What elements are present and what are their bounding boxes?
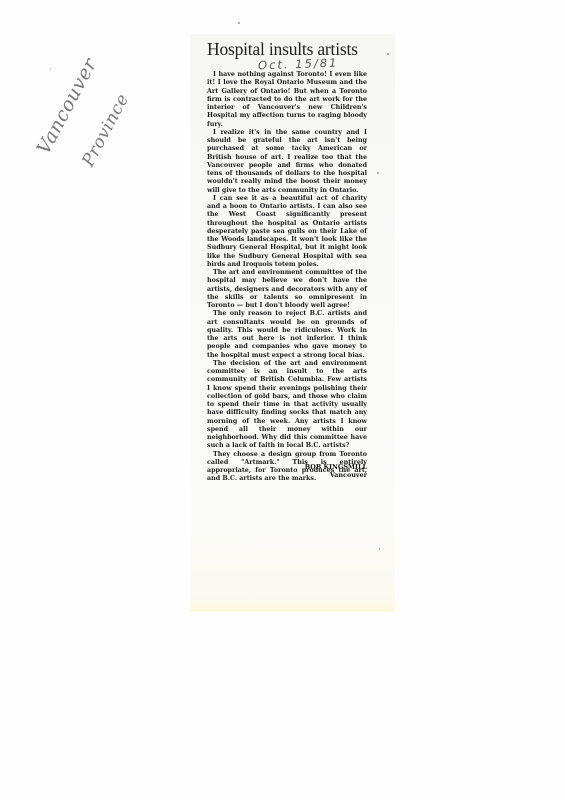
scan-speck [238,22,240,24]
headline: Hospital insults artists [207,39,382,59]
article-paragraph: The only reason to reject B.C. artists a… [207,310,367,360]
scan-speck [377,172,379,174]
scan-speck [50,68,51,70]
article-body: I have nothing against Toronto! I even l… [207,71,367,484]
handwritten-note-line-2: Province [78,91,133,170]
article-paragraph: The decision of the art and environment … [207,360,367,451]
article-paragraph: I have nothing against Toronto! I even l… [207,71,367,129]
author-location: Vancouver [207,471,367,479]
clipping-tape-stain [190,598,395,612]
scanned-page: Vancouver Province Hospital insults arti… [0,0,565,800]
article-paragraph: The art and environment committee of the… [207,269,367,310]
article-paragraph: I can see it as a beautiful act of chari… [207,195,367,269]
scan-speck [379,548,380,550]
author-name: BOB KINGSMILL [207,463,367,471]
byline: BOB KINGSMILL Vancouver [207,463,367,480]
article-paragraph: I realize it's in the same country and I… [207,129,367,195]
handwritten-date: Oct. 15/81 [258,56,339,73]
scan-speck [387,53,389,55]
